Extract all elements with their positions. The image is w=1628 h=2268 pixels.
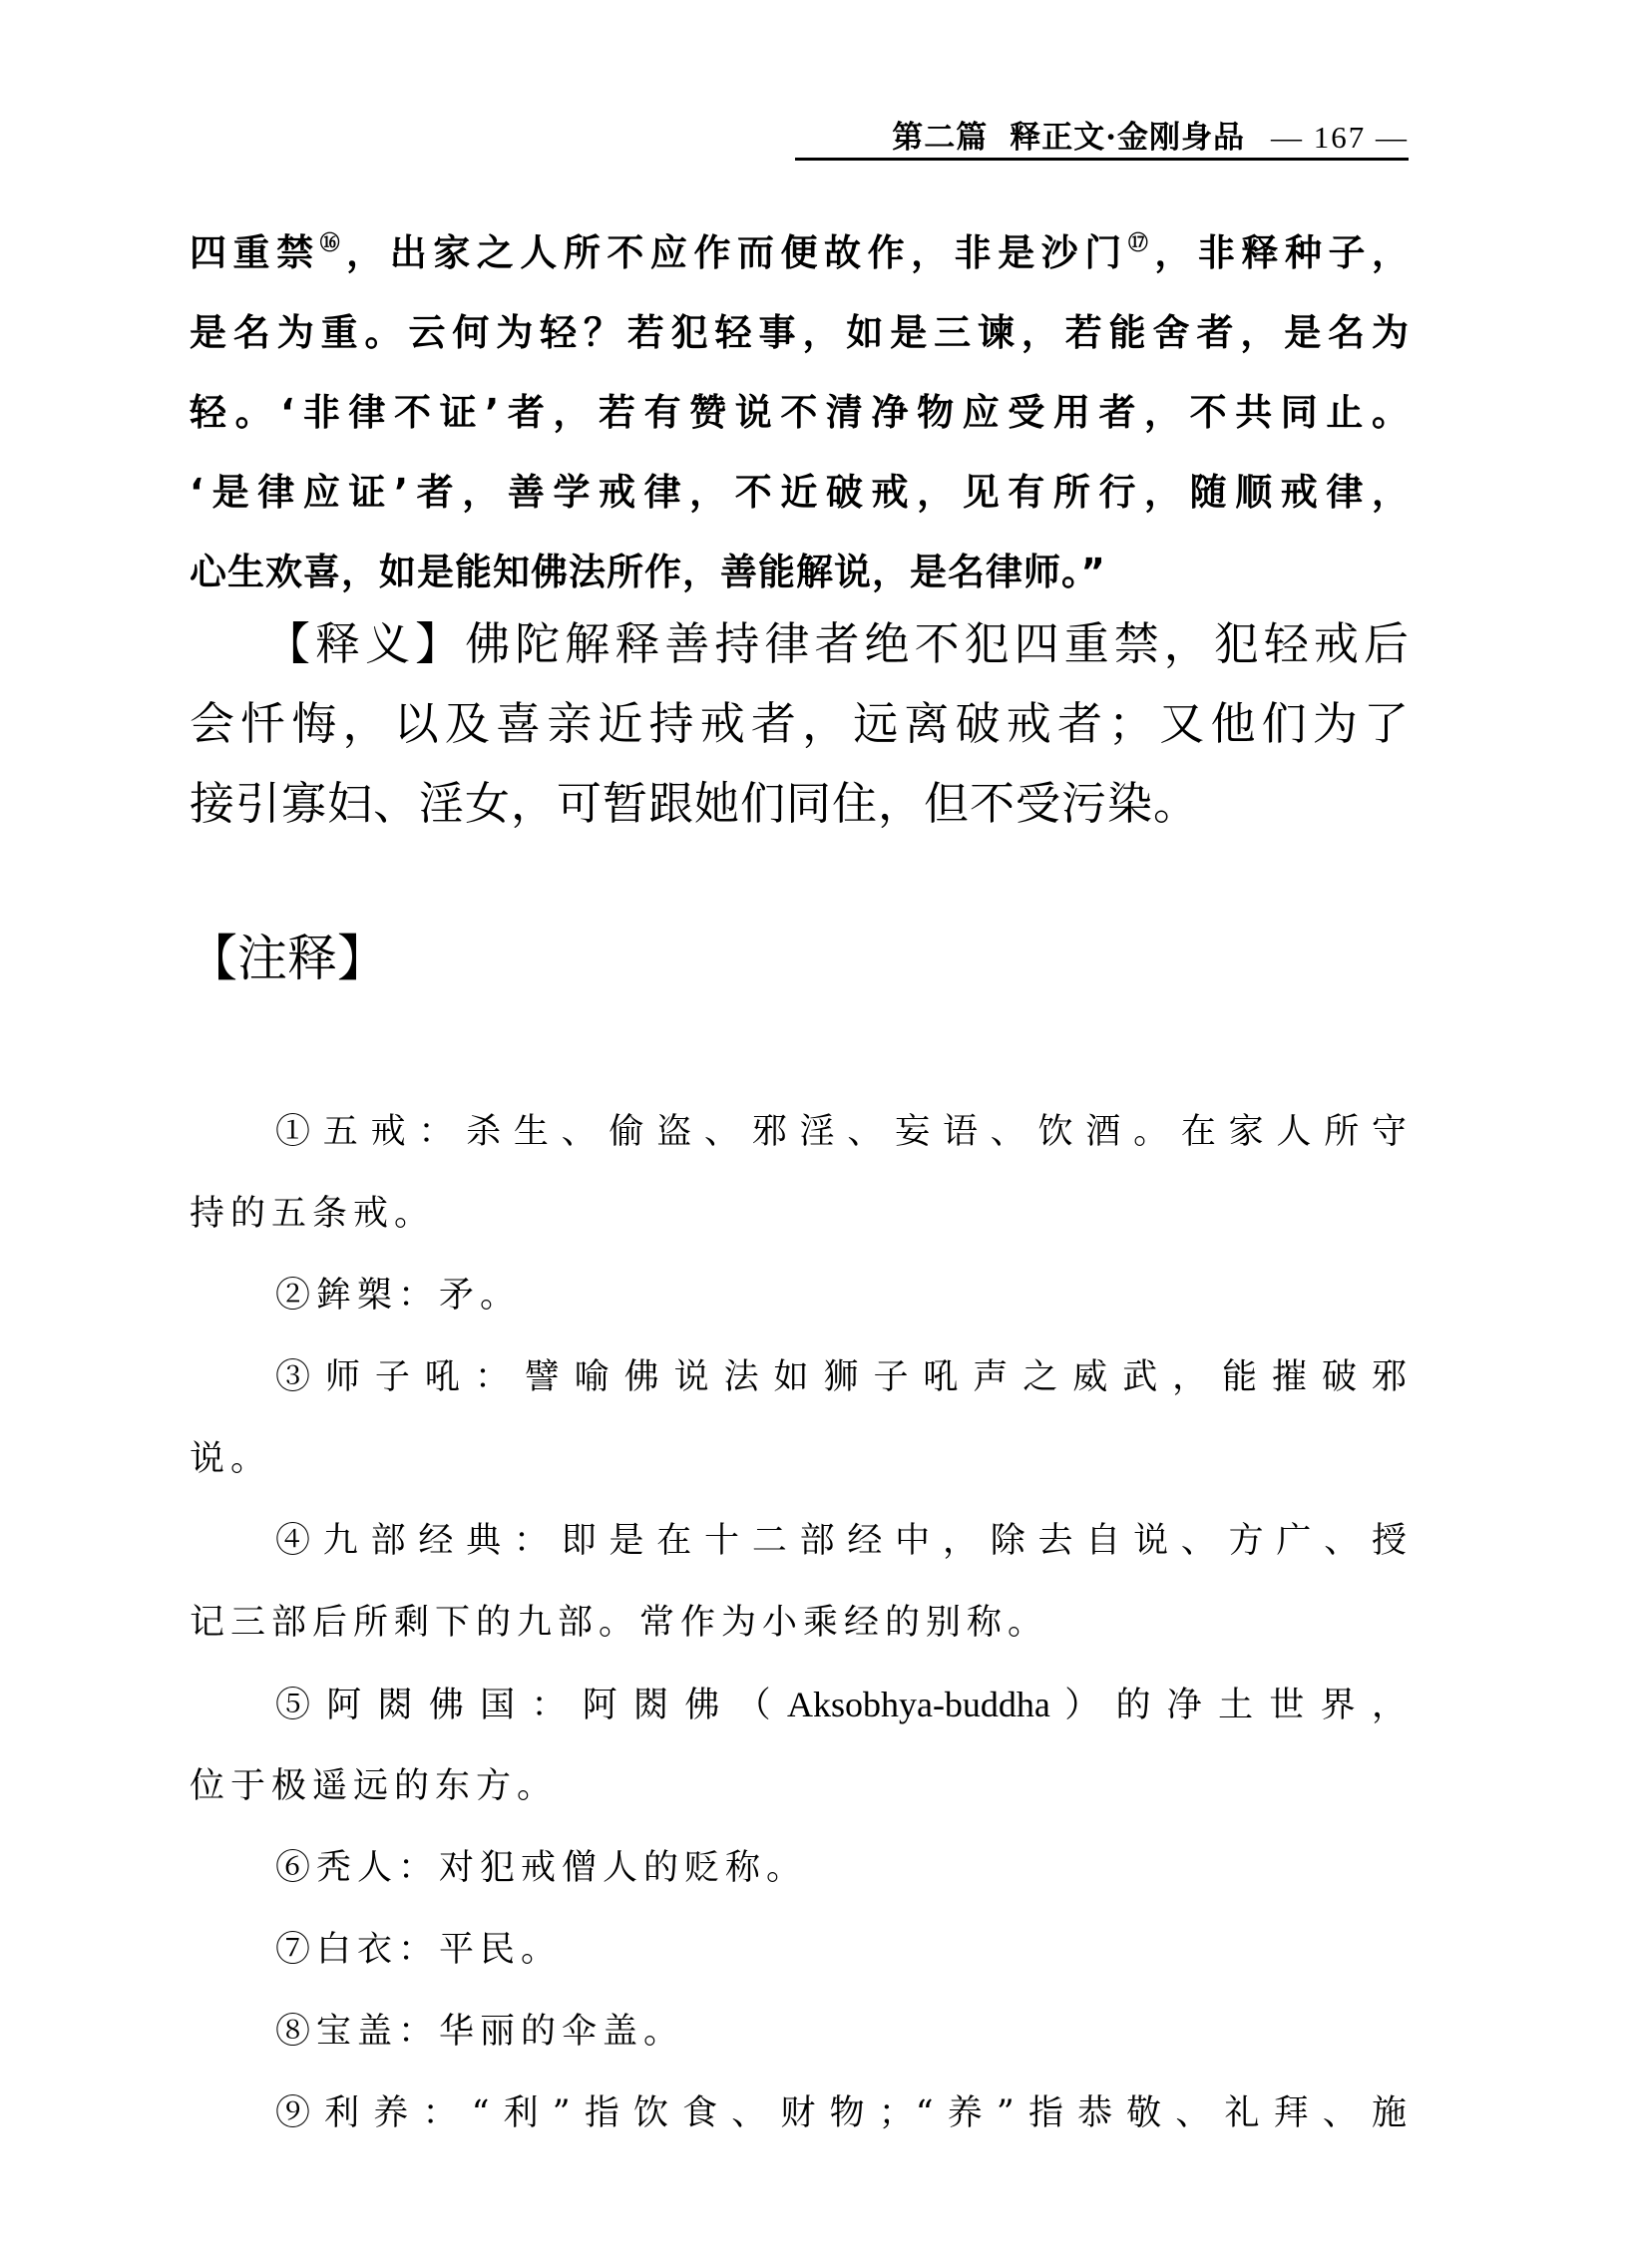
- note-item-9: ⑨利养：“利”指饮食、财物；“养”指恭敬、礼拜、施: [190, 2073, 1409, 2154]
- sutra-text-segment: 四重禁: [190, 231, 320, 274]
- note-line: ④九部经典：即是在十二部经中，除去自说、方广、授: [190, 1500, 1409, 1582]
- sanskrit-term: Aksobhya-buddha: [787, 1685, 1050, 1724]
- note-line: 位于极遥远的东方。: [190, 1745, 1409, 1827]
- explanation-label: 【释义】: [265, 617, 465, 670]
- sutra-line: 是名为重。云何为轻？若犯轻事，如是三谏，若能舍者，是名为: [190, 293, 1409, 373]
- note-line: 持的五条戒。: [190, 1173, 1409, 1255]
- sutra-line: 心生欢喜，如是能知佛法所作，善能解说，是名律师。”: [190, 533, 1409, 612]
- note-line: ①五戒：杀生、偷盗、邪淫、妄语、饮酒。在家人所守: [190, 1091, 1409, 1173]
- note-line: ⑥秃人：对犯戒僧人的贬称。: [190, 1827, 1409, 1909]
- explanation-paragraph: 【释义】佛陀解释善持律者绝不犯四重禁，犯轻戒后 会忏悔，以及喜亲近持戒者，远离破…: [190, 604, 1409, 844]
- note-item-2: ②鉾槊：矛。: [190, 1255, 1409, 1336]
- note-line: ⑦白衣：平民。: [190, 1909, 1409, 1991]
- explanation-line: 接引寡妇、淫女，可暂跟她们同住，但不受污染。: [190, 764, 1409, 844]
- note-item-5: ⑤阿閦佛国：阿閦佛（Aksobhya-buddha）的净土世界， 位于极遥远的东…: [190, 1664, 1409, 1827]
- sutra-line: 轻。‘非律不证’者，若有赞说不清净物应受用者，不共同止。: [190, 373, 1409, 453]
- note-item-6: ⑥秃人：对犯戒僧人的贬称。: [190, 1827, 1409, 1909]
- explanation-text: 佛陀解释善持律者绝不犯四重禁，犯轻戒后: [465, 617, 1409, 670]
- note-item-1: ①五戒：杀生、偷盗、邪淫、妄语、饮酒。在家人所守 持的五条戒。: [190, 1091, 1409, 1255]
- note-item-4: ④九部经典：即是在十二部经中，除去自说、方广、授 记三部后所剩下的九部。常作为小…: [190, 1500, 1409, 1664]
- notes-list: ①五戒：杀生、偷盗、邪淫、妄语、饮酒。在家人所守 持的五条戒。 ②鉾槊：矛。 ③…: [190, 1091, 1409, 2154]
- note-item-3: ③师子吼：譬喻佛说法如狮子吼声之威武，能摧破邪 说。: [190, 1336, 1409, 1500]
- note-line: 记三部后所剩下的九部。常作为小乘经的别称。: [190, 1582, 1409, 1664]
- sutra-text-segment: ，出家之人所不应作而便故作，非是沙门: [346, 231, 1128, 274]
- sutra-line: 四重禁⑯，出家之人所不应作而便故作，非是沙门⑰，非释种子，: [190, 213, 1409, 293]
- footnote-ref-16[interactable]: ⑯: [320, 230, 347, 254]
- note-line: ③师子吼：譬喻佛说法如狮子吼声之威武，能摧破邪: [190, 1336, 1409, 1418]
- note-line: ⑨利养：“利”指饮食、财物；“养”指恭敬、礼拜、施: [190, 2073, 1409, 2154]
- notes-heading: 【注释】: [188, 924, 387, 993]
- note-line: ②鉾槊：矛。: [190, 1255, 1409, 1336]
- sutra-text-segment: ，非释种子，: [1154, 231, 1409, 274]
- note-line: ⑧宝盖：华丽的伞盖。: [190, 1991, 1409, 2073]
- note-line: ⑤阿閦佛国：阿閦佛（Aksobhya-buddha）的净土世界，: [190, 1664, 1409, 1745]
- note-text-segment: ⑤阿閦佛国：阿閦佛（: [275, 1686, 787, 1725]
- explanation-line: 【释义】佛陀解释善持律者绝不犯四重禁，犯轻戒后: [190, 604, 1409, 684]
- page-number: — 167 —: [1271, 118, 1409, 158]
- sutra-line: ‘是律应证’者，善学戒律，不近破戒，见有所行，随顺戒律，: [190, 453, 1409, 533]
- note-item-7: ⑦白衣：平民。: [190, 1909, 1409, 1991]
- running-header: 第二篇 释正文·金刚身品 — 167 —: [795, 112, 1409, 161]
- footnote-ref-17[interactable]: ⑰: [1128, 230, 1155, 254]
- note-line: 说。: [190, 1418, 1409, 1500]
- explanation-line: 会忏悔，以及喜亲近持戒者，远离破戒者；又他们为了: [190, 684, 1409, 764]
- header-section: 第二篇: [892, 118, 988, 158]
- sutra-text: 四重禁⑯，出家之人所不应作而便故作，非是沙门⑰，非释种子， 是名为重。云何为轻？…: [190, 213, 1409, 612]
- header-chapter: 释正文·金刚身品: [1010, 118, 1245, 158]
- note-item-8: ⑧宝盖：华丽的伞盖。: [190, 1991, 1409, 2073]
- note-text-segment: ）的净土世界，: [1050, 1686, 1409, 1725]
